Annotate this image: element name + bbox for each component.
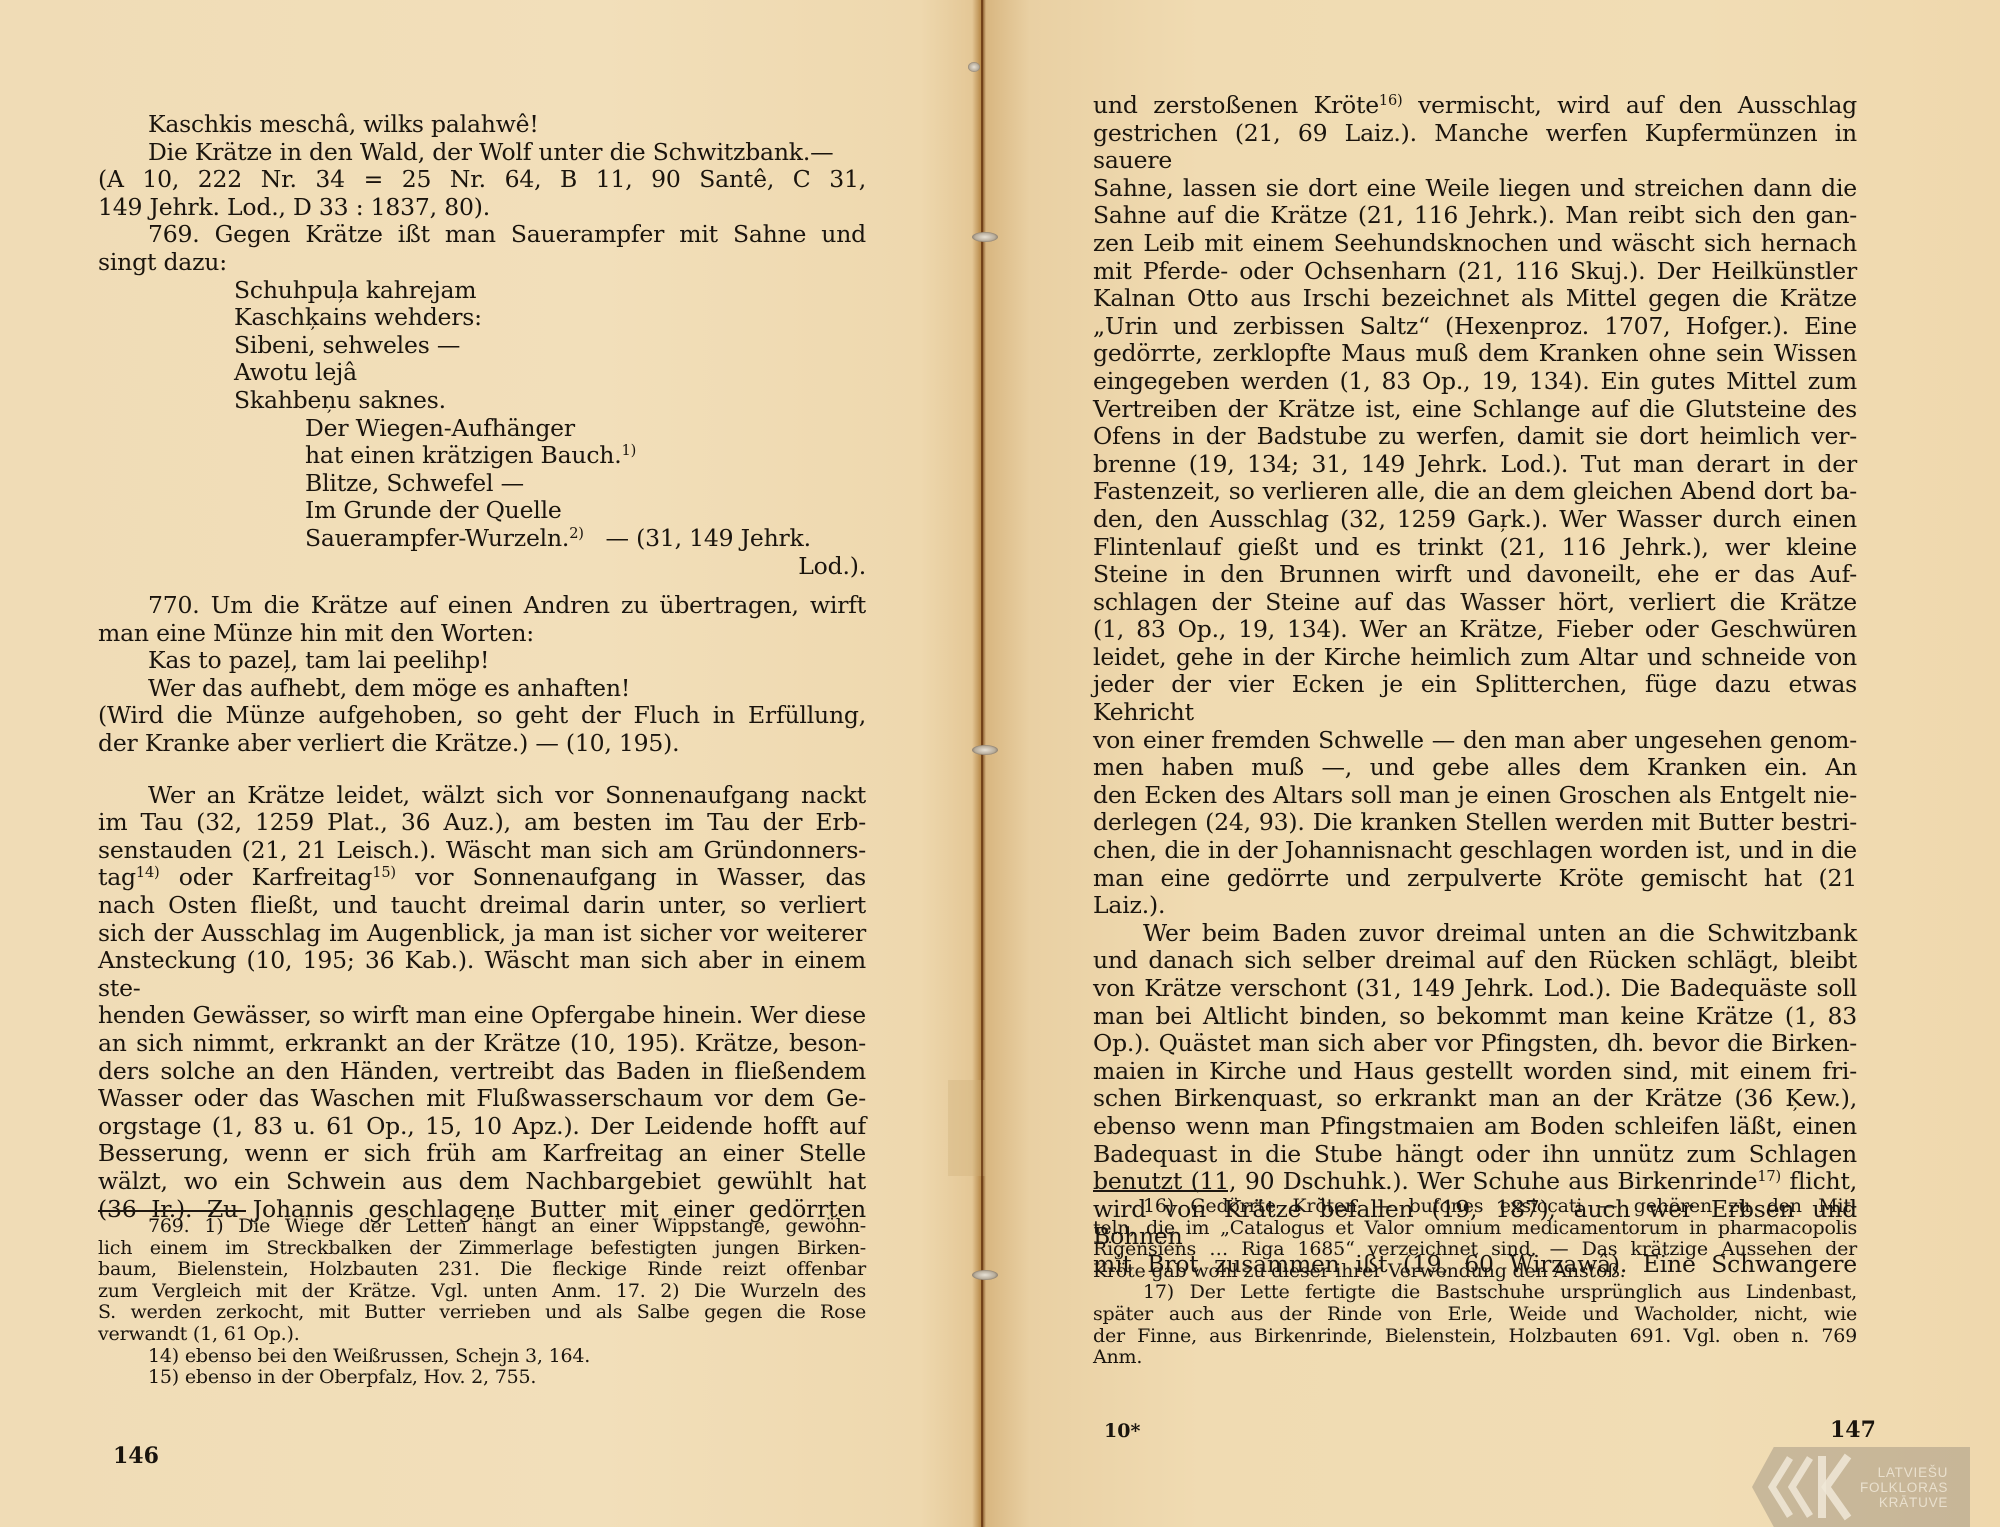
text-line: baum, Bielenstein, Holzbauten 231. Die f… [98, 1259, 866, 1281]
text-line: (1, 83 Op., 19, 134). Wer an Krätze, Fie… [1093, 616, 1857, 644]
text-line: eingegeben werden (1, 83 Op., 19, 134). … [1093, 368, 1857, 396]
text-line: Sauerampfer-Wurzeln.2) — (31, 149 Jehrk. [98, 525, 866, 553]
watermark-line: FOLKLORAS [1860, 1480, 1948, 1495]
watermark-text: LATVIEŠU FOLKLORAS KRĀTUVE [1860, 1465, 1948, 1510]
text-line: Wer beim Baden zuvor dreimal unten an di… [1093, 920, 1857, 948]
line-text: Ansteckung (10, 195; 36 Kab.). Wäscht ma… [98, 946, 866, 1002]
text-line: Rigensiens … Riga 1685“ verzeichnet sind… [1093, 1239, 1857, 1261]
line-text: man eine gedörrte und zerpulverte Kröte … [1093, 864, 1857, 920]
line-text: vermischt, wird auf den Ausschlag [1403, 91, 1857, 119]
line-text: Schuhpuļa kahrejam [234, 276, 476, 304]
line-text: Awotu lejâ [234, 358, 357, 386]
line-text: von Krätze verschont (31, 149 Jehrk. Lod… [1093, 974, 1857, 1002]
text-line: Badequast in die Stube hängt oder ihn un… [1093, 1141, 1857, 1169]
line-text: maien in Kirche und Haus gestellt worden… [1093, 1057, 1857, 1085]
left-body-text: Kaschkis meschâ, wilks palahwê!Die Krätz… [98, 111, 866, 1223]
lfk-logo-icon [1762, 1452, 1854, 1522]
page-number-left: 146 [113, 1443, 159, 1469]
line-text: flicht, [1781, 1167, 1857, 1195]
watermark-line: LATVIEŠU [1860, 1465, 1948, 1480]
text-line: an sich nimmt, erkrankt an der Krätze (1… [98, 1030, 866, 1058]
line-text: Op.). Quästet man sich aber vor Pfingste… [1093, 1029, 1857, 1057]
line-text: Badequast in die Stube hängt oder ihn un… [1093, 1140, 1857, 1168]
line-text: 769. Gegen Krätze ißt man Sauerampfer mi… [148, 220, 866, 248]
line-text: Flintenlauf gießt und es trinkt (21, 116… [1093, 533, 1857, 561]
line-text: Sibeni, sehweles — [234, 331, 460, 359]
line-text: brenne (19, 134; 31, 149 Jehrk. Lod.). T… [1093, 450, 1857, 478]
page-number-right: 147 [1830, 1417, 1876, 1443]
line-text: nach Osten fließt, und taucht dreimal da… [98, 891, 866, 919]
line-text: Vertreiben der Krätze ist, eine Schlange… [1093, 395, 1857, 423]
footnote-marker: 14) [136, 864, 160, 881]
text-line: später auch aus der Rinde von Erle, Weid… [1093, 1304, 1857, 1326]
text-line: tag14) oder Karfreitag15) vor Sonnenaufg… [98, 864, 866, 892]
footnote-rule [98, 1210, 246, 1212]
line-text: Wer an Krätze leidet, wälzt sich vor Son… [148, 781, 866, 809]
line-text: Skahbeņu saknes. [234, 386, 446, 414]
line-text: men haben muß —, und gebe alles dem Kran… [1093, 753, 1857, 781]
text-line: 15) ebenso in der Oberpfalz, Hov. 2, 755… [98, 1367, 866, 1389]
text-line: man eine Münze hin mit den Worten: [98, 620, 866, 648]
text-line: Sibeni, sehweles — [98, 332, 866, 360]
text-line: Anm. [1093, 1347, 1857, 1369]
line-text: gedörrte, zerklopfte Maus muß dem Kranke… [1093, 339, 1857, 367]
right-body-text: und zerstoßenen Kröte16) vermischt, wird… [1093, 92, 1857, 1279]
text-line: sich der Ausschlag im Augenblick, ja man… [98, 920, 866, 948]
text-line: 149 Jehrk. Lod., D 33 : 1837, 80). [98, 194, 866, 222]
text-line: chen, die in der Johannisnacht geschlage… [1093, 837, 1857, 865]
line-text: Anm. [1093, 1346, 1142, 1368]
line-text: baum, Bielenstein, Holzbauten 231. Die f… [98, 1258, 866, 1280]
text-line: Blitze, Schwefel — [98, 470, 866, 498]
line-text: oder Karfreitag [160, 863, 373, 891]
line-text: Kalnan Otto aus Irschi bezeichnet als Mi… [1093, 284, 1857, 312]
line-text: vor Sonnenaufgang in Wasser, das [396, 863, 866, 891]
line-text: der Kranke aber verliert die Krätze.) — … [98, 729, 679, 757]
line-text: gestrichen (21, 69 Laiz.). Manche werfen… [1093, 119, 1857, 175]
line-text: 14) ebenso bei den Weißrussen, Schejn 3,… [148, 1345, 590, 1367]
line-text: Der Wiegen-Aufhänger [305, 414, 575, 442]
text-line: zen Leib mit einem Seehundsknochen und w… [1093, 230, 1857, 258]
text-line: Skahbeņu saknes. [98, 387, 866, 415]
line-text: 16) Gedörrte Kröten — bufones exsiccati … [1143, 1195, 1857, 1217]
line-text: Wer beim Baden zuvor dreimal unten an di… [1143, 919, 1857, 947]
line-text: ders solche an den Händen, vertreibt das… [98, 1057, 866, 1085]
text-line: und danach sich selber dreimal auf den R… [1093, 947, 1857, 975]
text-line: 16) Gedörrte Kröten — bufones exsiccati … [1093, 1196, 1857, 1218]
line-text: Kaschkis meschâ, wilks palahwê! [148, 110, 539, 138]
text-line: Kröte gab wohl zu dieser ihrer Verwendun… [1093, 1261, 1857, 1283]
line-text: schlagen der Steine auf das Wasser hört,… [1093, 588, 1857, 616]
line-text: zen Leib mit einem Seehundsknochen und w… [1093, 229, 1857, 257]
text-line: derlegen (24, 93). Die kranken Stellen w… [1093, 809, 1857, 837]
line-text: 770. Um die Krätze auf einen Andren zu ü… [148, 591, 866, 619]
line-text: man bei Altlicht binden, so bekommt man … [1093, 1002, 1857, 1030]
text-line: der Finne, aus Birkenrinde, Bielenstein,… [1093, 1326, 1857, 1348]
line-text: 17) Der Lette fertigte die Bastschuhe ur… [1143, 1281, 1857, 1303]
text-line: Die Krätze in den Wald, der Wolf unter d… [98, 139, 866, 167]
text-line: wälzt, wo ein Schwein aus dem Nachbargeb… [98, 1168, 866, 1196]
text-line: Besserung, wenn er sich früh am Karfreit… [98, 1140, 866, 1168]
text-line: 14) ebenso bei den Weißrussen, Schejn 3,… [98, 1346, 866, 1368]
line-text: tag [98, 863, 136, 891]
line-text: Wer das aufhebt, dem möge es anhaften! [148, 674, 630, 702]
line-text: eingegeben werden (1, 83 Op., 19, 134). … [1093, 367, 1857, 395]
line-text: von einer fremden Schwelle — den man abe… [1093, 726, 1857, 754]
left-page: Kaschkis meschâ, wilks palahwê!Die Krätz… [0, 0, 981, 1527]
line-text: später auch aus der Rinde von Erle, Weid… [1093, 1303, 1857, 1325]
text-line: henden Gewässer, so wirft man eine Opfer… [98, 1002, 866, 1030]
text-line: Kaschkis meschâ, wilks palahwê! [98, 111, 866, 139]
line-text: 15) ebenso in der Oberpfalz, Hov. 2, 755… [148, 1366, 536, 1388]
line-text: chen, die in der Johannisnacht geschlage… [1093, 836, 1857, 864]
text-line: im Tau (32, 1259 Plat., 36 Auz.), am bes… [98, 809, 866, 837]
text-line: Wer an Krätze leidet, wälzt sich vor Son… [98, 782, 866, 810]
line-text: Im Grunde der Quelle [305, 496, 562, 524]
footnote-marker: 16) [1379, 92, 1403, 109]
line-text: Kröte gab wohl zu dieser ihrer Verwendun… [1093, 1260, 1626, 1282]
text-line: (A 10, 222 Nr. 34 = 25 Nr. 64, B 11, 90 … [98, 166, 866, 194]
text-line: 769. Gegen Krätze ißt man Sauerampfer mi… [98, 221, 866, 249]
line-text: 149 Jehrk. Lod., D 33 : 1837, 80). [98, 193, 490, 221]
text-line: leidet, gehe in der Kirche heimlich zum … [1093, 644, 1857, 672]
paragraph-gap [98, 758, 866, 782]
line-text: — (31, 149 Jehrk. [584, 524, 811, 552]
line-text: henden Gewässer, so wirft man eine Opfer… [98, 1001, 866, 1029]
text-line: Wasser oder das Waschen mit Flußwassersc… [98, 1085, 866, 1113]
text-line: von Krätze verschont (31, 149 Jehrk. Lod… [1093, 975, 1857, 1003]
text-line: Sahne, lassen sie dort eine Weile liegen… [1093, 175, 1857, 203]
line-text: den Ecken des Altars soll man je einen G… [1093, 781, 1857, 809]
line-text: Steine in den Brunnen wirft und davoneil… [1093, 560, 1857, 588]
line-text: verwandt (1, 61 Op.). [98, 1323, 300, 1345]
footnote-rule [1093, 1190, 1228, 1192]
text-line: maien in Kirche und Haus gestellt worden… [1093, 1058, 1857, 1086]
text-line: Ansteckung (10, 195; 36 Kab.). Wäscht ma… [98, 947, 866, 1002]
line-text: und zerstoßenen Kröte [1093, 91, 1379, 119]
text-line: und zerstoßenen Kröte16) vermischt, wird… [1093, 92, 1857, 120]
line-text: sich der Ausschlag im Augenblick, ja man… [98, 919, 866, 947]
text-line: 770. Um die Krätze auf einen Andren zu ü… [98, 592, 866, 620]
text-line: Im Grunde der Quelle [98, 497, 866, 525]
line-text: Besserung, wenn er sich früh am Karfreit… [98, 1139, 866, 1167]
line-text: mit Pferde- oder Ochsenharn (21, 116 Sku… [1093, 257, 1857, 285]
text-line: Der Wiegen-Aufhänger [98, 415, 866, 443]
text-line: S. werden zerkocht, mit Butter verrieben… [98, 1302, 866, 1324]
text-line: von einer fremden Schwelle — den man abe… [1093, 727, 1857, 755]
line-text: schen Birkenquast, so erkrankt man an de… [1093, 1084, 1857, 1112]
text-line: 17) Der Lette fertigte die Bastschuhe ur… [1093, 1282, 1857, 1304]
footnote-marker: 1) [622, 442, 637, 459]
line-text: im Tau (32, 1259 Plat., 36 Auz.), am bes… [98, 808, 866, 836]
text-line: Flintenlauf gießt und es trinkt (21, 116… [1093, 534, 1857, 562]
line-text: jeder der vier Ecken je ein Splitterchen… [1093, 670, 1857, 726]
text-line: mit Pferde- oder Ochsenharn (21, 116 Sku… [1093, 258, 1857, 286]
text-line: Lod.). [98, 553, 866, 581]
text-line: 769. 1) Die Wiege der Letten hängt an ei… [98, 1216, 866, 1238]
text-line: Kaschķains wehders: [98, 304, 866, 332]
line-text: den, den Ausschlag (32, 1259 Gaŗk.). Wer… [1093, 505, 1857, 533]
left-footnotes: 769. 1) Die Wiege der Letten hängt an ei… [98, 1216, 866, 1389]
line-text: Lod.). [798, 552, 866, 580]
line-text: (1, 83 Op., 19, 134). Wer an Krätze, Fie… [1093, 615, 1857, 643]
text-line: Ofens in der Badstube zu werfen, damit s… [1093, 423, 1857, 451]
book-spread: Kaschkis meschâ, wilks palahwê!Die Krätz… [0, 0, 2000, 1527]
line-text: singt dazu: [98, 248, 227, 276]
right-footnotes: 16) Gedörrte Kröten — bufones exsiccati … [1093, 1196, 1857, 1369]
text-line: man eine gedörrte und zerpulverte Kröte … [1093, 865, 1857, 920]
line-text: 769. 1) Die Wiege der Letten hängt an ei… [148, 1215, 866, 1237]
text-line: Steine in den Brunnen wirft und davoneil… [1093, 561, 1857, 589]
line-text: Blitze, Schwefel — [305, 469, 524, 497]
text-line: den Ecken des Altars soll man je einen G… [1093, 782, 1857, 810]
line-text: Sauerampfer-Wurzeln. [305, 524, 569, 552]
line-text: Sahne, lassen sie dort eine Weile liegen… [1093, 174, 1857, 202]
text-line: Op.). Quästet man sich aber vor Pfingste… [1093, 1030, 1857, 1058]
line-text: man eine Münze hin mit den Worten: [98, 619, 534, 647]
text-line: nach Osten fließt, und taucht dreimal da… [98, 892, 866, 920]
text-line: senstauden (21, 21 Leisch.). Wäscht man … [98, 837, 866, 865]
line-text: an sich nimmt, erkrankt an der Krätze (1… [98, 1029, 866, 1057]
line-text: hat einen krätzigen Bauch. [305, 441, 622, 469]
line-text: lich einem im Streckbalken der Zimmerlag… [98, 1237, 866, 1259]
line-text: senstauden (21, 21 Leisch.). Wäscht man … [98, 836, 866, 864]
line-text: Die Krätze in den Wald, der Wolf unter d… [148, 138, 833, 166]
line-text: Rigensiens … Riga 1685“ verzeichnet sind… [1093, 1238, 1857, 1260]
line-text: orgstage (1, 83 u. 61 Op., 15, 10 Apz.).… [98, 1112, 866, 1140]
text-line: ebenso wenn man Pfingstmaien am Boden sc… [1093, 1113, 1857, 1141]
right-page: und zerstoßenen Kröte16) vermischt, wird… [983, 0, 2000, 1527]
text-line: Awotu lejâ [98, 359, 866, 387]
text-line: gestrichen (21, 69 Laiz.). Manche werfen… [1093, 120, 1857, 175]
line-text: S. werden zerkocht, mit Butter verrieben… [98, 1301, 866, 1323]
footnote-marker: 2) [569, 525, 584, 542]
text-line: benutzt (11, 90 Dschuhk.). Wer Schuhe au… [1093, 1168, 1857, 1196]
footnote-marker: 17) [1757, 1168, 1781, 1185]
text-line: brenne (19, 134; 31, 149 Jehrk. Lod.). T… [1093, 451, 1857, 479]
text-line: Fastenzeit, so verlieren alle, die an de… [1093, 478, 1857, 506]
text-line: Kas to pazeļ, tam lai peelihp! [98, 647, 866, 675]
line-text: und danach sich selber dreimal auf den R… [1093, 946, 1857, 974]
text-line: men haben muß —, und gebe alles dem Kran… [1093, 754, 1857, 782]
text-line: schlagen der Steine auf das Wasser hört,… [1093, 589, 1857, 617]
line-text: leidet, gehe in der Kirche heimlich zum … [1093, 643, 1857, 671]
footnote-marker: 15) [372, 864, 396, 881]
text-line: zum Vergleich mit der Krätze. Vgl. unten… [98, 1281, 866, 1303]
text-line: singt dazu: [98, 249, 866, 277]
text-line: ders solche an den Händen, vertreibt das… [98, 1058, 866, 1086]
line-text: (Wird die Münze aufgehoben, so geht der … [98, 701, 866, 729]
line-text: Kaschķains wehders: [234, 303, 482, 331]
line-text: teln, die im „Catalogus et Valor omnium … [1093, 1217, 1857, 1239]
line-text: Ofens in der Badstube zu werfen, damit s… [1093, 422, 1857, 450]
line-text: derlegen (24, 93). Die kranken Stellen w… [1093, 808, 1857, 836]
line-text: Sahne auf die Krätze (21, 116 Jehrk.). M… [1093, 201, 1857, 229]
text-line: hat einen krätzigen Bauch.1) [98, 442, 866, 470]
line-text: wälzt, wo ein Schwein aus dem Nachbargeb… [98, 1167, 866, 1195]
text-line: (Wird die Münze aufgehoben, so geht der … [98, 702, 866, 730]
text-line: den, den Ausschlag (32, 1259 Gaŗk.). Wer… [1093, 506, 1857, 534]
line-text: Kas to pazeļ, tam lai peelihp! [148, 646, 489, 674]
text-line: schen Birkenquast, so erkrankt man an de… [1093, 1085, 1857, 1113]
text-line: „Urin und zerbissen Saltz“ (Hexenproz. 1… [1093, 313, 1857, 341]
line-text: (A 10, 222 Nr. 34 = 25 Nr. 64, B 11, 90 … [98, 165, 866, 193]
line-text: Wasser oder das Waschen mit Flußwassersc… [98, 1084, 866, 1112]
text-line: Wer das aufhebt, dem möge es anhaften! [98, 675, 866, 703]
line-text: „Urin und zerbissen Saltz“ (Hexenproz. 1… [1093, 312, 1857, 340]
text-line: gedörrte, zerklopfte Maus muß dem Kranke… [1093, 340, 1857, 368]
signature-mark: 10* [1104, 1420, 1140, 1442]
text-line: Vertreiben der Krätze ist, eine Schlange… [1093, 396, 1857, 424]
text-line: man bei Altlicht binden, so bekommt man … [1093, 1003, 1857, 1031]
text-line: teln, die im „Catalogus et Valor omnium … [1093, 1218, 1857, 1240]
archive-watermark: LATVIEŠU FOLKLORAS KRĀTUVE [1752, 1447, 1970, 1527]
line-text: der Finne, aus Birkenrinde, Bielenstein,… [1093, 1325, 1857, 1347]
line-text: zum Vergleich mit der Krätze. Vgl. unten… [98, 1280, 866, 1302]
text-line: der Kranke aber verliert die Krätze.) — … [98, 730, 866, 758]
line-text: ebenso wenn man Pfingstmaien am Boden sc… [1093, 1112, 1857, 1140]
text-line: orgstage (1, 83 u. 61 Op., 15, 10 Apz.).… [98, 1113, 866, 1141]
text-line: Sahne auf die Krätze (21, 116 Jehrk.). M… [1093, 202, 1857, 230]
text-line: verwandt (1, 61 Op.). [98, 1324, 866, 1346]
text-line: Kalnan Otto aus Irschi bezeichnet als Mi… [1093, 285, 1857, 313]
text-line: lich einem im Streckbalken der Zimmerlag… [98, 1238, 866, 1260]
text-line: jeder der vier Ecken je ein Splitterchen… [1093, 671, 1857, 726]
watermark-line: KRĀTUVE [1860, 1495, 1948, 1510]
text-line: Schuhpuļa kahrejam [98, 277, 866, 305]
line-text: Fastenzeit, so verlieren alle, die an de… [1093, 477, 1857, 505]
